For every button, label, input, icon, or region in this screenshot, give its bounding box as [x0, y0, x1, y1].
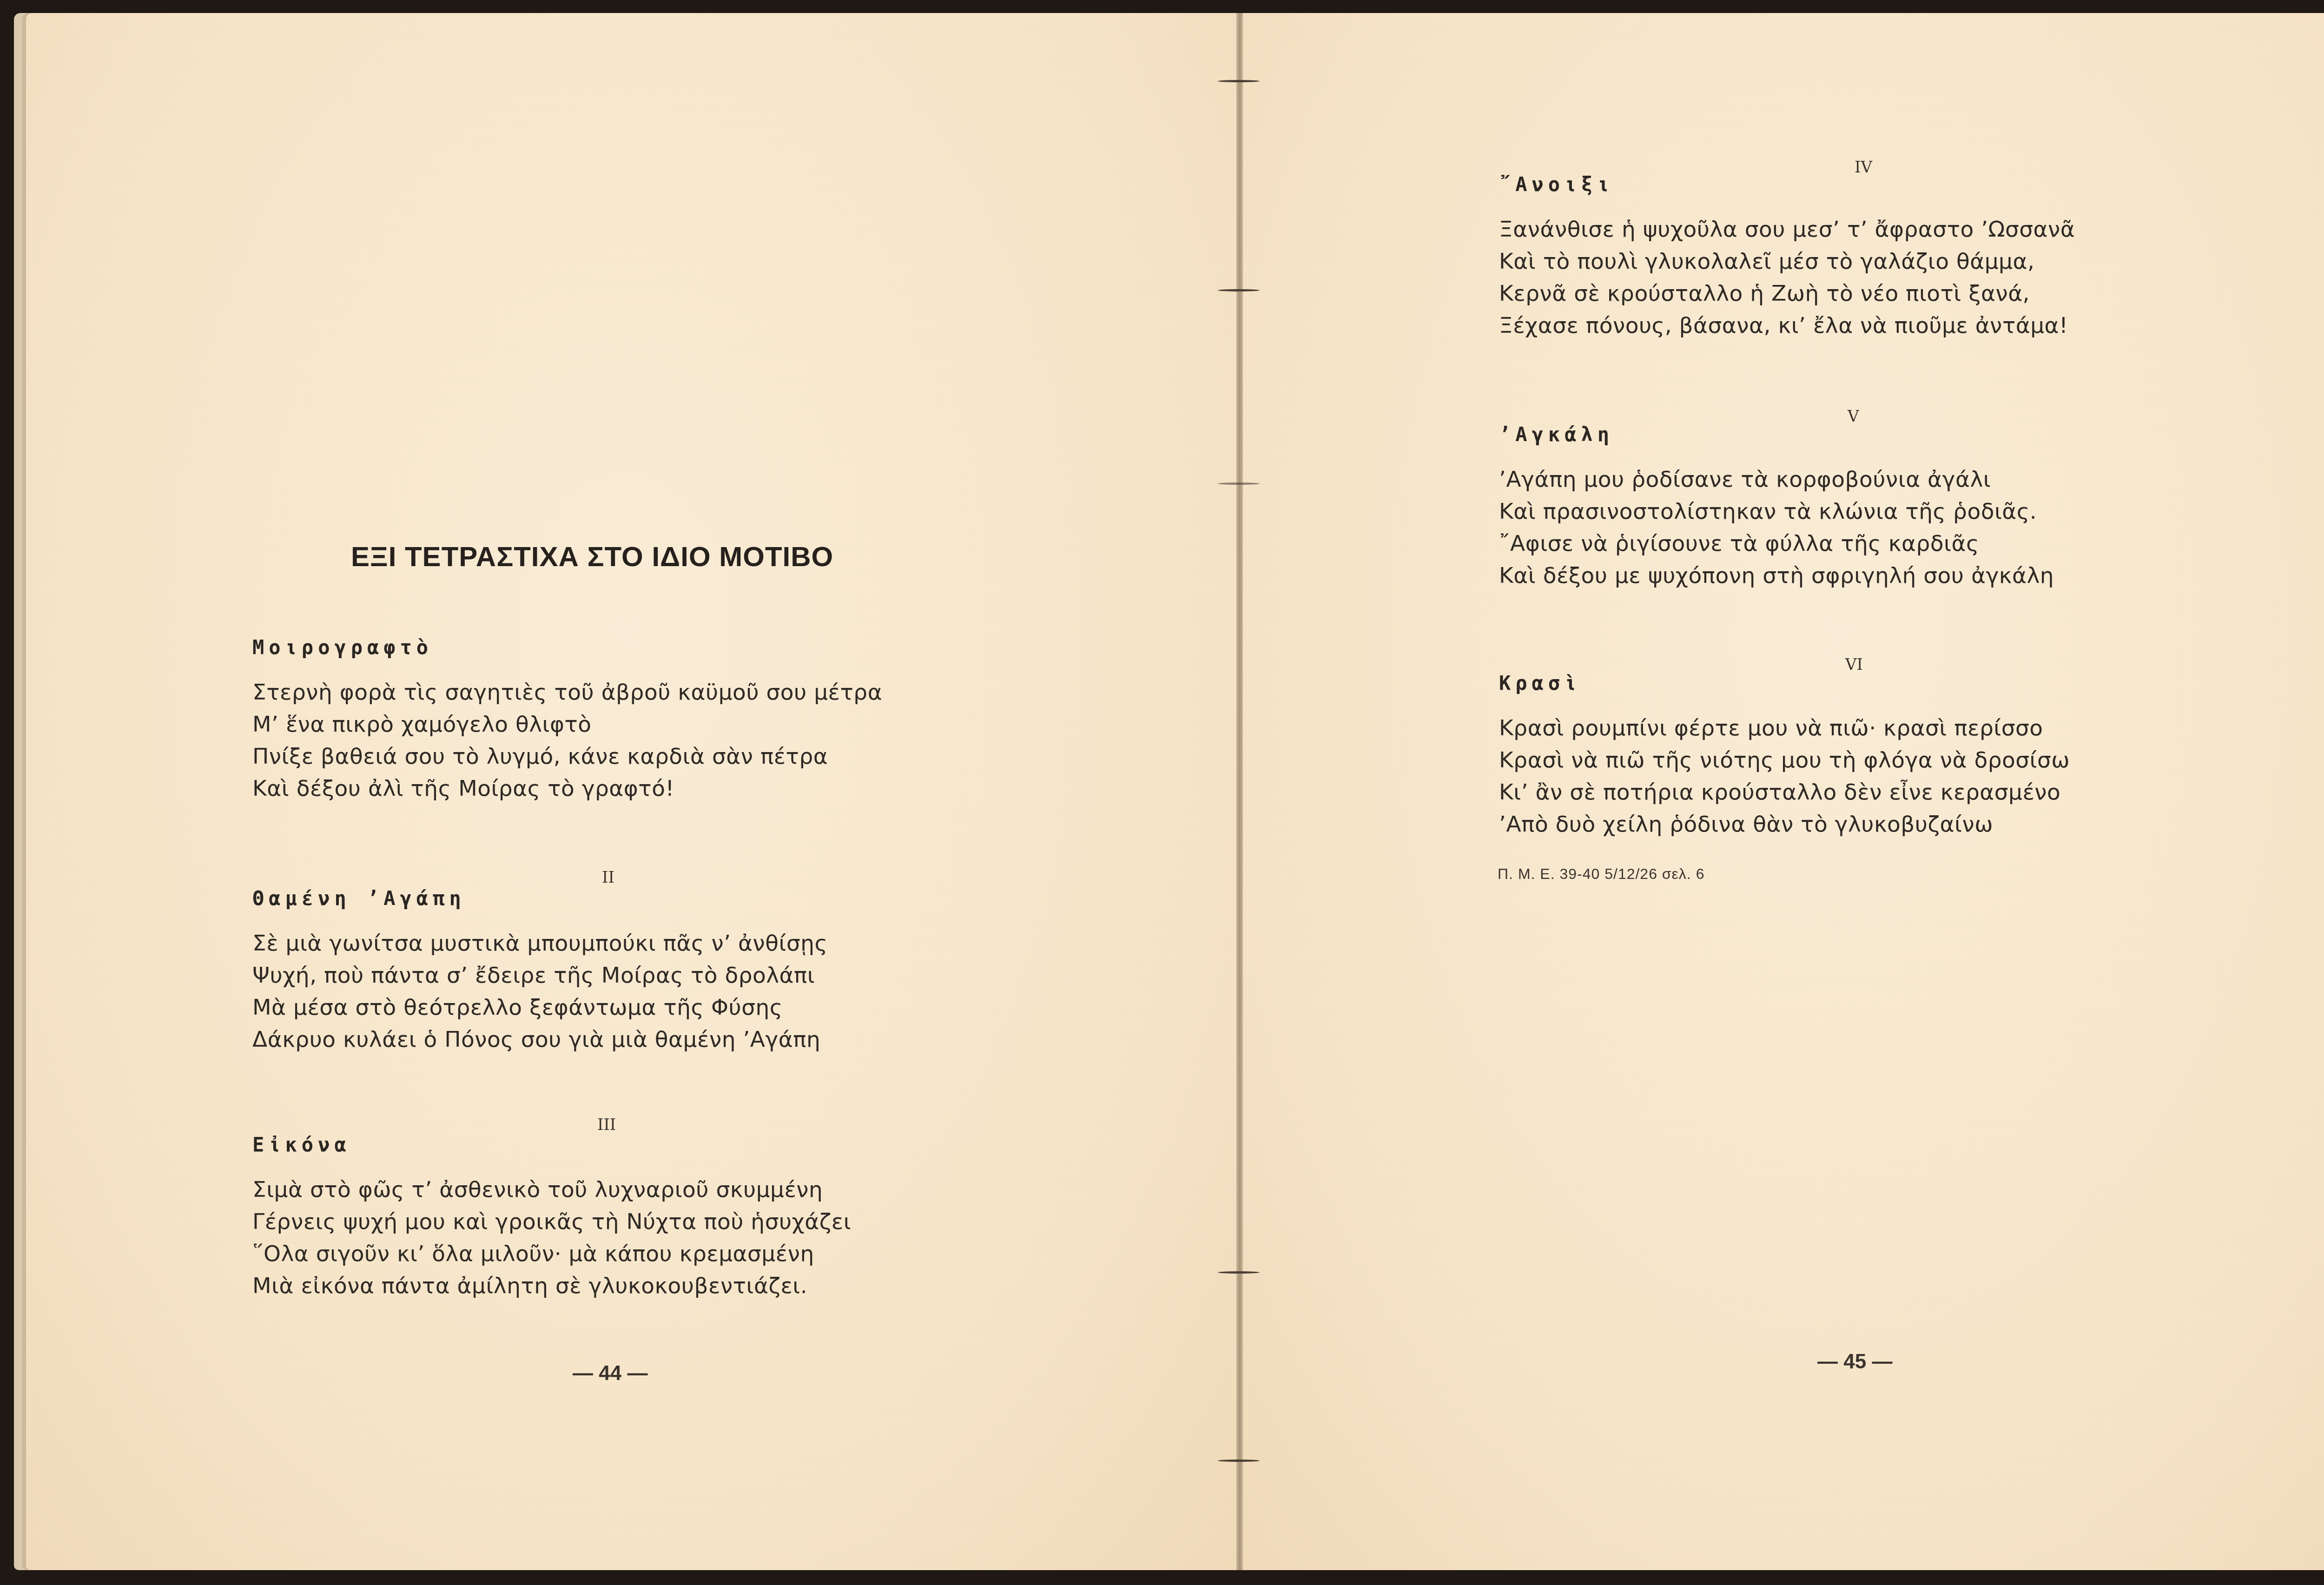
verse-line: Κρασὶ ρουμπίνι φέρτε μου νὰ πιῶ· κρασὶ π… [1499, 712, 2070, 744]
verse-line: Στερνὴ φορὰ τὶς σαγητιὲς τοῦ ἀβροῦ καϋμο… [252, 676, 882, 708]
verse-line: Μὰ μέσα στὸ θεότρελλο ξεφάντωμα τῆς Φύση… [252, 991, 828, 1024]
poem-6: Κρασὶ Κρασὶ ρουμπίνι φέρτε μου νὰ πιῶ· κ… [1499, 672, 2070, 840]
verse-line: Μ’ ἕνα πικρὸ χαμόγελο θλιφτὸ [252, 708, 882, 740]
binding-stitch [1218, 482, 1260, 485]
verse-line: Μιὰ εἰκόνα πάντα ἀμίλητη σὲ γλυκοκουβεντ… [252, 1270, 851, 1302]
poem-5: ’Αγκάλη ’Αγάπη μου ῥοδίσανε τὰ κορφοβούν… [1499, 423, 2054, 592]
verse-line: Κι’ ἂν σὲ ποτήρια κρούσταλλο δὲν εἶνε κε… [1499, 776, 2070, 808]
verse-line: ’Απὸ δυὸ χείλη ῥόδινα θὰν τὸ γλυκοβυζαίν… [1499, 808, 2070, 840]
verse-line: ῞Ολα σιγοῦν κι’ ὅλα μιλοῦν· μὰ κάπου κρε… [252, 1238, 851, 1270]
verse-line: Δάκρυο κυλάει ὁ Πόνος σου γιὰ μιὰ θαμένη… [252, 1024, 828, 1056]
poem-2: Θαμένη ’Αγάπη Σὲ μιὰ γωνίτσα μυστικὰ μπο… [252, 887, 828, 1056]
poem-heading: Εἰκόνα [252, 1133, 851, 1156]
poem-heading: ῎Ανοιξι [1499, 173, 2075, 196]
page-number: — 45 — [1817, 1350, 1892, 1374]
verse-line: Σὲ μιὰ γωνίτσα μυστικὰ μπουμπούκι πᾶς ν’… [252, 927, 828, 959]
verse-line: Καὶ τὸ πουλὶ γλυκολαλεῖ μέσ τὸ γαλάζιο θ… [1499, 245, 2075, 277]
verse-line: Καὶ δέξου με ψυχόπονη στὴ σφριγηλή σου ἀ… [1499, 560, 2054, 592]
poem-4: ῎Ανοιξι Ξανάνθισε ἡ ψυχοῦλα σου μεσ’ τ’ … [1499, 173, 2075, 342]
verse-line: ’Αγάπη μου ῥοδίσανε τὰ κορφοβούνια ἀγάλι [1499, 463, 2054, 495]
poem-numeral: III [597, 1116, 616, 1134]
poem-3: Εἰκόνα Σιμὰ στὸ φῶς τ’ ἀσθενικὸ τοῦ λυχν… [252, 1133, 851, 1302]
verse-line: Κρασὶ νὰ πιῶ τῆς νιότης μου τὴ φλόγα νὰ … [1499, 744, 2070, 776]
verse-line: Ξανάνθισε ἡ ψυχοῦλα σου μεσ’ τ’ ἄφραστο … [1499, 213, 2075, 245]
binding-stitch [1218, 80, 1260, 82]
page-number: — 44 — [573, 1362, 647, 1385]
verse-line: Κερνᾶ σὲ κρούσταλλο ἡ Ζωὴ τὸ νέο πιοτὶ ξ… [1499, 277, 2075, 310]
poem-heading: Κρασὶ [1499, 672, 2070, 694]
binding-stitch [1218, 1271, 1260, 1274]
poem-numeral: VI [1845, 655, 1863, 674]
poem-heading: ’Αγκάλη [1499, 423, 2054, 446]
poem-heading: Μοιρογραφτὸ [252, 636, 882, 659]
page-title: ΕΞΙ ΤΕΤΡΑΣΤΙΧΑ ΣΤΟ ΙΔΙΟ ΜΟΤΙΒΟ [351, 541, 833, 573]
verse-line: ῎Αφισε νὰ ῥιγίσουνε τὰ φύλλα τῆς καρδιᾶς [1499, 528, 2054, 560]
source-citation: Π. Μ. Ε. 39-40 5/12/26 σελ. 6 [1498, 865, 1704, 883]
verse-line: Καὶ πρασινοστολίστηκαν τὰ κλώνια τῆς ῥοδ… [1499, 495, 2054, 528]
poem-heading: Θαμένη ’Αγάπη [252, 887, 828, 910]
binding-stitch [1218, 289, 1260, 291]
book-spine [1236, 13, 1243, 1570]
verse-line: Καὶ δέξου ἀλὶ τῆς Μοίρας τὸ γραφτό! [252, 773, 882, 805]
book-spread: ΕΞΙ ΤΕΤΡΑΣΤΙΧΑ ΣΤΟ ΙΔΙΟ ΜΟΤΙΒΟ Μοιρογραφ… [0, 0, 2324, 1585]
verse-line: Ψυχή, ποὺ πάντα σ’ ἔδειρε τῆς Μοίρας τὸ … [252, 959, 828, 991]
verse-line: Γέρνεις ψυχή μου καὶ γροικᾶς τὴ Νύχτα πο… [252, 1206, 851, 1238]
verse-line: Ξέχασε πόνους, βάσανα, κι’ ἔλα νὰ πιοῦμε… [1499, 310, 2075, 342]
poem-numeral: II [602, 868, 614, 887]
poem-1: Μοιρογραφτὸ Στερνὴ φορὰ τὶς σαγητιὲς τοῦ… [252, 636, 882, 805]
verse-line: Σιμὰ στὸ φῶς τ’ ἀσθενικὸ τοῦ λυχναριοῦ σ… [252, 1174, 851, 1206]
verse-line: Πνίξε βαθειά σου τὸ λυγμό, κάνε καρδιὰ σ… [252, 740, 882, 773]
binding-stitch [1218, 1460, 1260, 1462]
